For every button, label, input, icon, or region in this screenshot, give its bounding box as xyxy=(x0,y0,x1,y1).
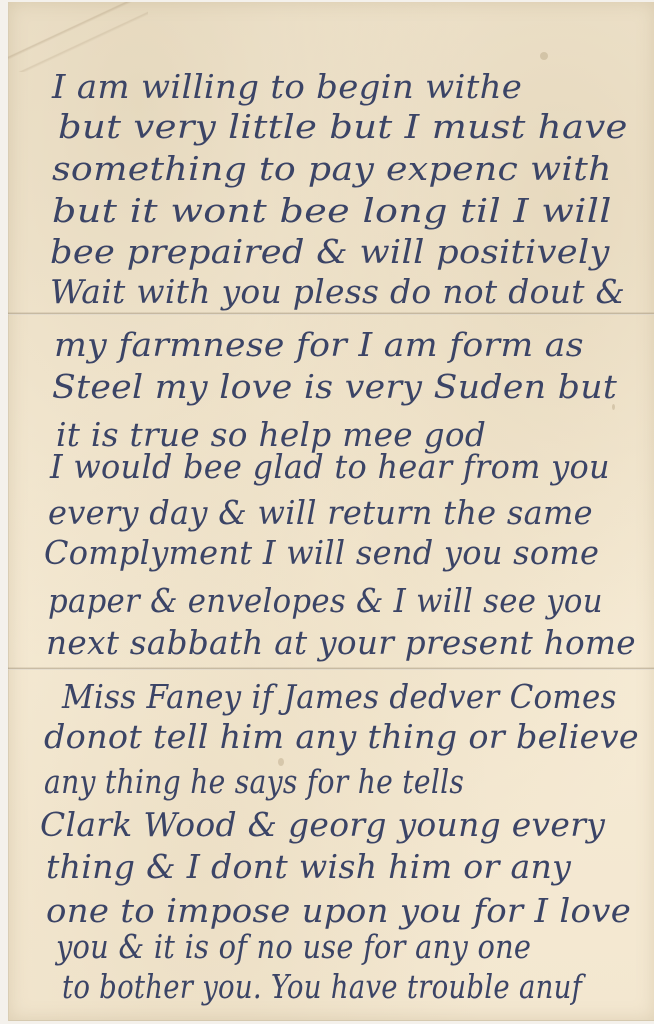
letter-line: I am willing to begin withe xyxy=(52,70,522,103)
letter-line: I would bee glad to hear from you xyxy=(50,450,610,483)
letter-line: thing & I dont wish him or any xyxy=(46,850,571,883)
letter-line: something to pay expenc with xyxy=(52,152,612,185)
letter-line: Wait with you pless do not dout & xyxy=(50,275,625,308)
letter-line: but very little but I must have xyxy=(58,110,628,143)
letter-line: Clark Wood & georg young every xyxy=(40,808,605,841)
letter-line: every day & will return the same xyxy=(48,496,593,529)
letter-line: one to impose upon you for I love xyxy=(46,894,631,927)
letter-line: bee prepaired & will positively xyxy=(50,235,610,268)
letter-line: you & it is of no use for any one xyxy=(56,930,531,963)
letter-body: I am willing to begin withe but very lit… xyxy=(0,0,654,1024)
letter-line: but it wont bee long til I will xyxy=(52,194,612,227)
letter-line: Steel my love is very Suden but xyxy=(52,370,617,403)
letter-line: donot tell him any thing or believe xyxy=(44,720,639,753)
letter-line: next sabbath at your present home xyxy=(46,626,636,659)
letter-line: Miss Faney if James dedver Comes xyxy=(62,680,617,713)
letter-line: my farmnese for I am form as xyxy=(54,328,584,361)
letter-line: Complyment I will send you some xyxy=(44,536,599,569)
letter-line: to bother you. You have trouble anuf xyxy=(62,970,582,1003)
letter-line: any thing he says for he tells xyxy=(44,765,464,798)
letter-line: paper & envelopes & I will see you xyxy=(48,584,603,617)
